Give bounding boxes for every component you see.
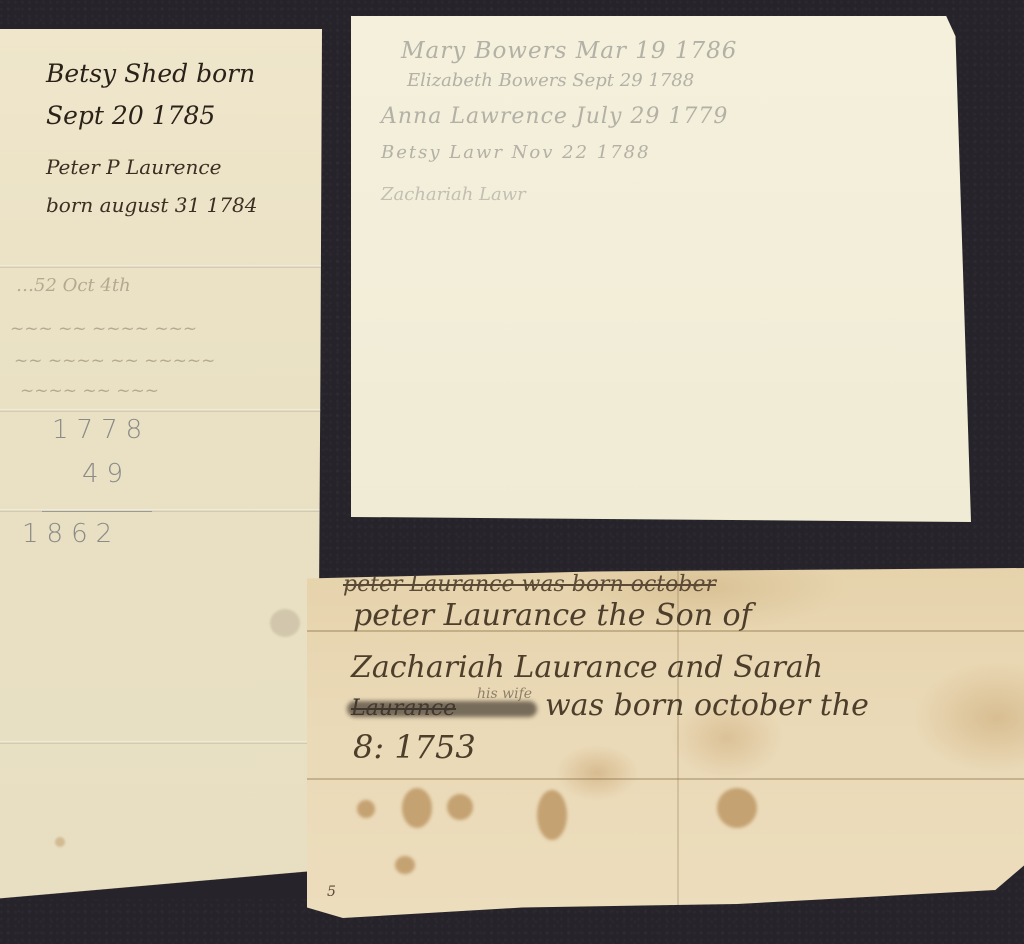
ink-line-betsy-shed: Betsy Shed born (46, 59, 255, 88)
bleed-through-text: …52 Oct 4th (16, 275, 131, 296)
interlinear-his-wife: his wife (477, 686, 532, 702)
bottom-document-slip: peter Laurance was born october peter La… (307, 568, 1024, 918)
stain-spot (395, 856, 415, 874)
pencil-line-anna-lawrence: Anna Lawrence July 29 1779 (381, 104, 728, 129)
ink-line-peter-birthdate: born august 31 1784 (46, 193, 258, 217)
stain-spot (55, 837, 65, 847)
left-document-sheet: Betsy Shed born Sept 20 1785 Peter P Lau… (0, 29, 322, 899)
stain-spot (357, 800, 375, 818)
ink-line-birth-year: 8: 1753 (353, 728, 476, 766)
stain-spot (402, 788, 432, 828)
fold-line (0, 741, 322, 744)
struck-out-line: peter Laurance was born october (343, 572, 716, 597)
pencil-line-zachariah-lawr: Zachariah Lawr (381, 184, 526, 205)
ink-smudge (347, 701, 537, 717)
bleed-through-scribble: ~~~~ ~~ ~~~ (20, 381, 159, 401)
bleed-through-scribble: ~~~ ~~ ~~~~ ~~~ (10, 319, 197, 339)
pencil-figure-1862: 1862 (22, 519, 120, 549)
fold-line (0, 409, 322, 412)
ink-line-betsy-birthdate: Sept 20 1785 (46, 101, 215, 130)
pencil-figure-1778: 1778 (52, 415, 150, 445)
stain-spot (537, 790, 567, 840)
fold-line (307, 778, 1024, 780)
corner-page-mark: 5 (327, 884, 336, 900)
ink-line-peter-laurance-son: peter Laurance the Son of (353, 598, 752, 633)
stain-speckle (270, 609, 300, 637)
ink-line-born-october: was born october the (545, 688, 869, 723)
pencil-figure-49: 49 (82, 459, 131, 489)
ink-line-zachariah-sarah: Zachariah Laurance and Sarah (351, 650, 823, 685)
stain-spot (447, 794, 473, 820)
stain-spot (717, 788, 757, 828)
bleed-through-scribble: ~~ ~~~~ ~~ ~~~~~ (14, 351, 215, 371)
pencil-sum-line (42, 511, 152, 512)
pencil-line-elizabeth-bowers: Elizabeth Bowers Sept 29 1788 (407, 70, 694, 91)
pencil-line-mary-bowers: Mary Bowers Mar 19 1786 (401, 38, 737, 64)
ink-line-peter-laurence: Peter P Laurence (46, 155, 221, 179)
top-document-sheet: Mary Bowers Mar 19 1786 Elizabeth Bowers… (351, 16, 971, 522)
pencil-line-betsy-lawr: Betsy Lawr Nov 22 1788 (381, 142, 651, 163)
fold-line (0, 265, 322, 268)
